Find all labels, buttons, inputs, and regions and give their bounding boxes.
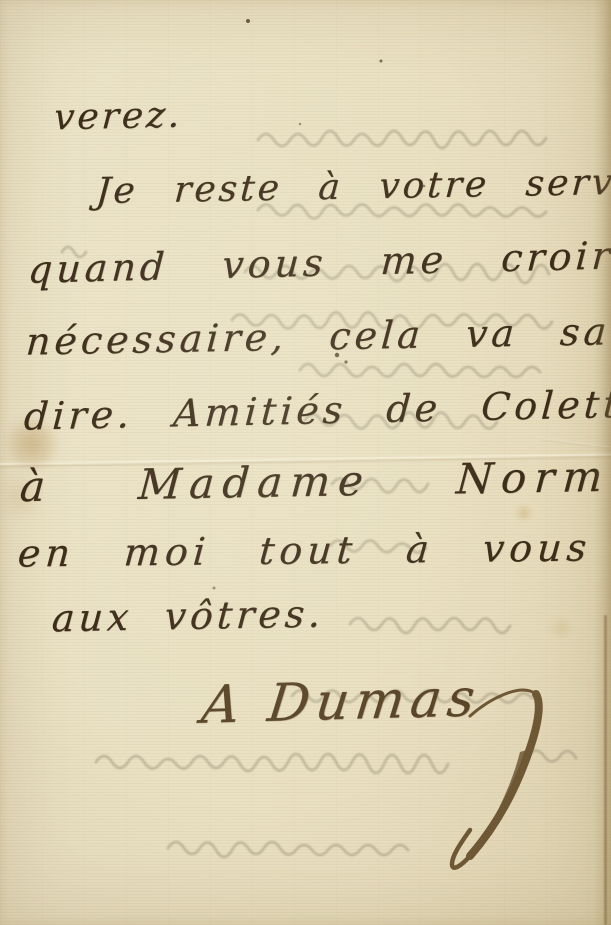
vignette-shading	[0, 0, 611, 925]
letter-line: nécessaire, cela va sans	[25, 308, 611, 363]
foxing-stain	[548, 618, 574, 638]
paper-right-edge	[593, 0, 611, 925]
signature-a-dumas: A Dumas	[199, 668, 484, 735]
foxing-stain	[0, 472, 44, 522]
letter-line: dire. Amitiés de Colette	[23, 381, 611, 438]
fold-crease-right	[541, 438, 611, 450]
ink-specks	[213, 19, 426, 590]
letter-line: Je reste à votre service	[95, 161, 611, 212]
signature-flourish-icon	[0, 0, 611, 925]
fold-crease	[0, 453, 611, 468]
ink-bleedthrough-layer	[0, 0, 611, 925]
paper-texture	[0, 0, 611, 925]
letter-line: quand vous me croirez	[27, 232, 611, 292]
letter-page: verez. Je reste à votre service quand vo…	[0, 0, 611, 925]
paper-edge-line	[604, 615, 607, 925]
letter-line: verez.	[53, 95, 184, 139]
letter-line: aux vôtres.	[50, 592, 326, 641]
foxing-stain	[6, 418, 58, 470]
letter-line: à Madame Normand	[18, 450, 611, 511]
letter-line: en moi tout à vous et	[16, 524, 611, 575]
foxing-stain	[514, 504, 534, 522]
